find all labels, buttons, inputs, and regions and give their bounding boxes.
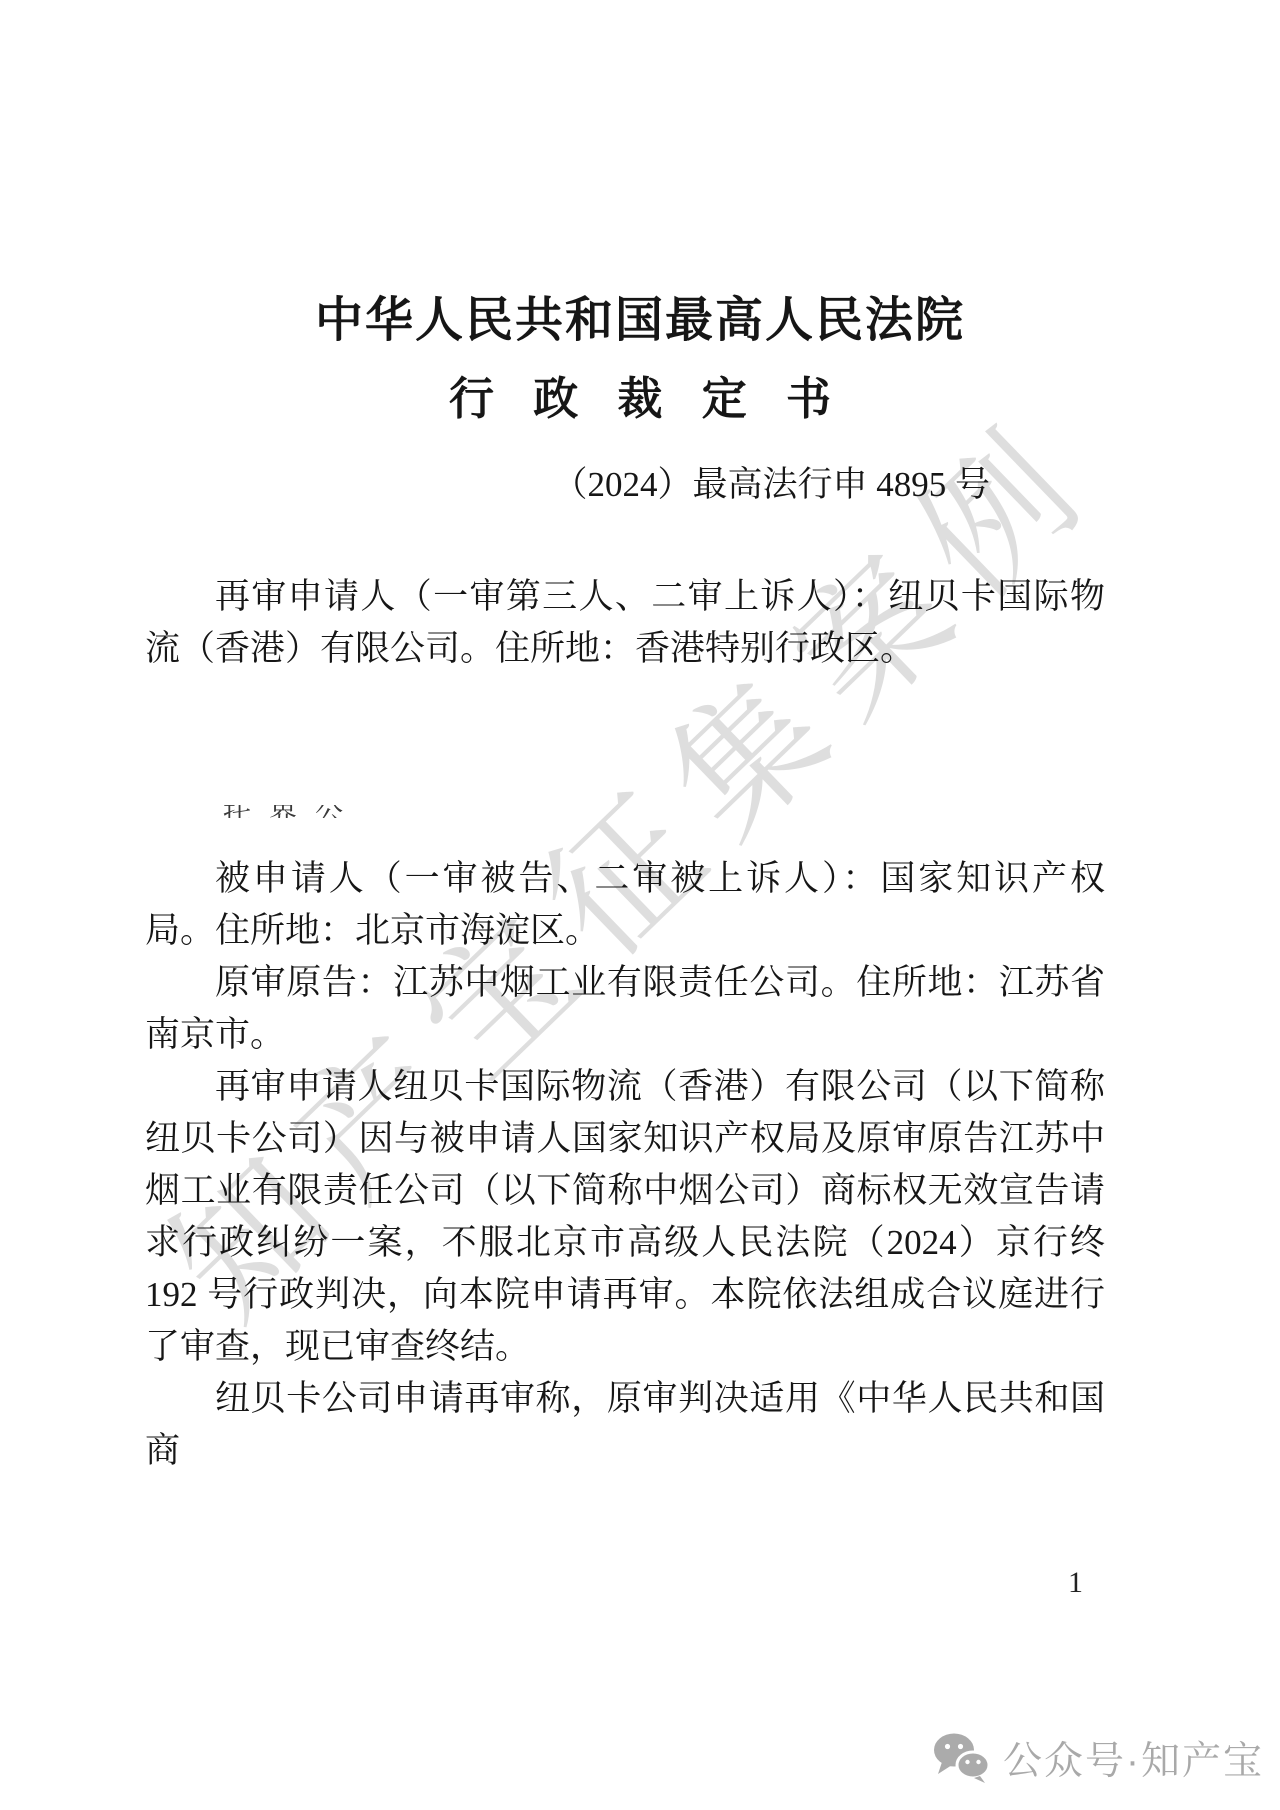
- redacted-line: 托界公: [145, 801, 1105, 853]
- paragraph-case-summary: 再审申请人纽贝卡国际物流（香港）有限公司（以下简称纽贝卡公司）因与被申请人国家知…: [145, 1061, 1105, 1373]
- page-number: 1: [1068, 1566, 1083, 1600]
- document-body: 再审申请人（一审第三人、二审上诉人）：纽贝卡国际物流（香港）有限公司。住所地：香…: [145, 571, 1105, 1477]
- wechat-icon: [933, 1733, 991, 1783]
- document-type-title: 行 政 裁 定 书: [0, 362, 1280, 427]
- case-number: （2024）最高法行申 4895 号: [0, 457, 990, 507]
- paragraph-respondent: 被申请人（一审被告、二审被上诉人）：国家知识产权局。住所地：北京市海淀区。: [145, 853, 1105, 957]
- court-title: 中华人民共和国最高人民法院: [0, 0, 1280, 350]
- footer-wechat-badge: 公众号·知产宝: [933, 1730, 1264, 1786]
- redacted-fragment: 托界公: [223, 805, 361, 818]
- footer-label: 公众号·知产宝: [1003, 1730, 1264, 1786]
- paragraph-retrial-claim: 纽贝卡公司申请再审称，原审判决适用《中华人民共和国商: [145, 1373, 1105, 1477]
- document-content: 中华人民共和国最高人民法院 行 政 裁 定 书 （2024）最高法行申 4895…: [0, 0, 1280, 1477]
- document-page: 知产宝征集案例 中华人民共和国最高人民法院 行 政 裁 定 书 （2024）最高…: [0, 0, 1280, 1810]
- paragraph-retrial-applicant: 再审申请人（一审第三人、二审上诉人）：纽贝卡国际物流（香港）有限公司。住所地：香…: [145, 571, 1105, 675]
- paragraph-original-plaintiff: 原审原告：江苏中烟工业有限责任公司。住所地：江苏省南京市。: [145, 957, 1105, 1061]
